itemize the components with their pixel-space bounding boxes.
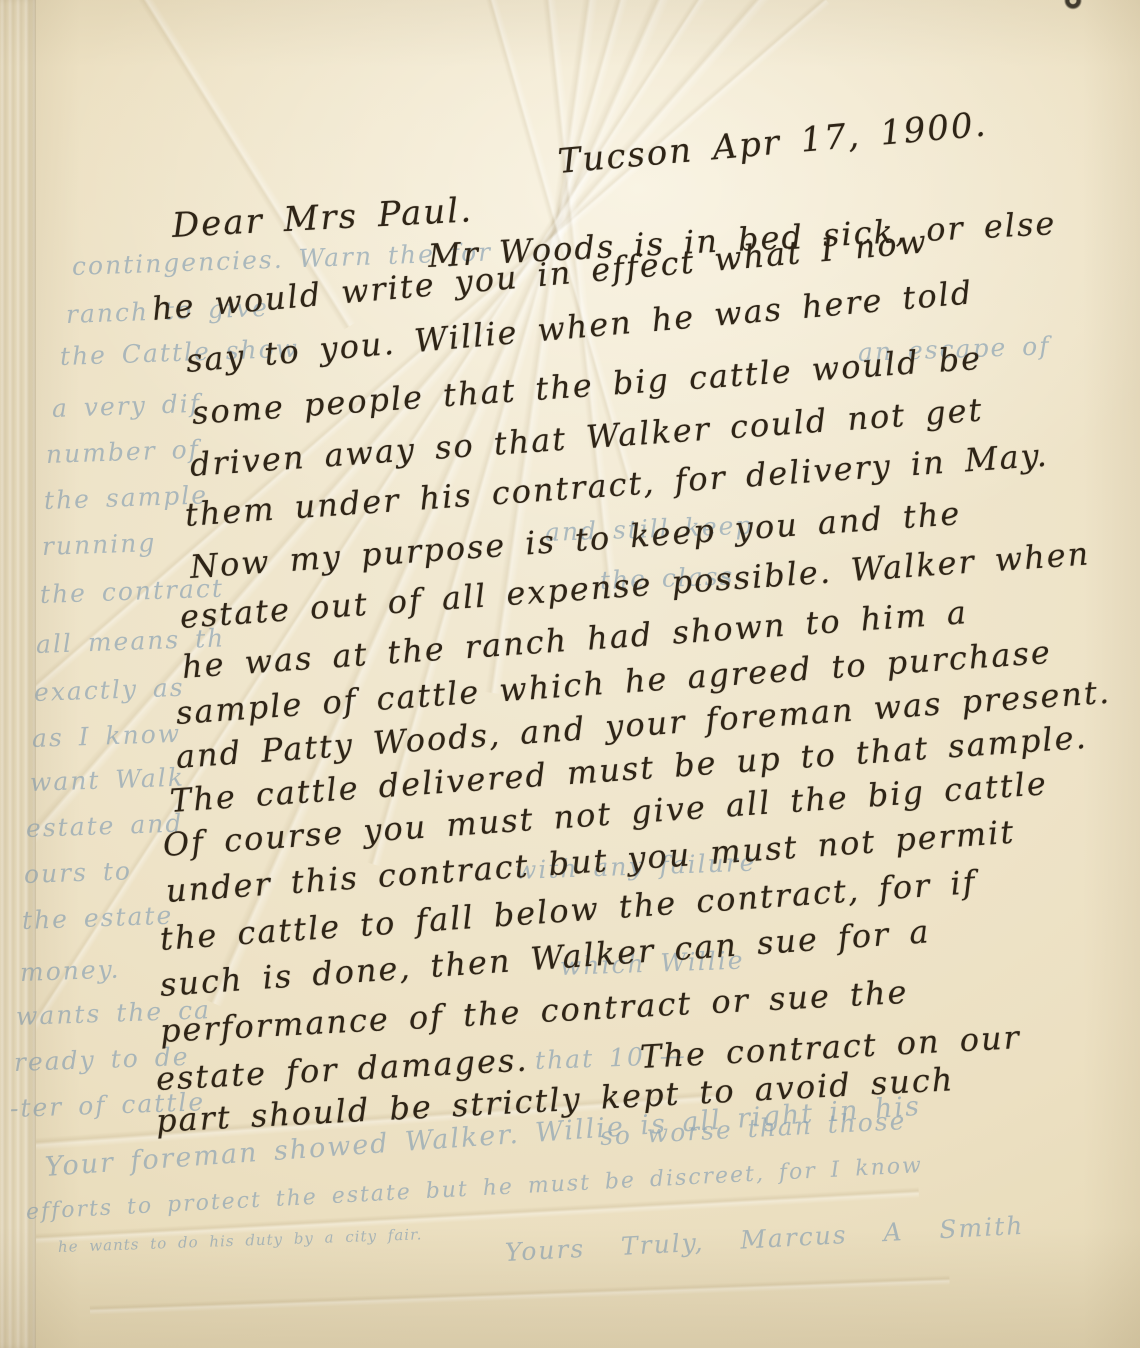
ink-mark xyxy=(1060,0,1086,10)
letter-dateline: Tucson Apr 17, 1900. xyxy=(556,105,989,182)
ghost-signature: Yours Truly, Marcus A Smith xyxy=(504,1211,1025,1267)
ghost-line: ours to xyxy=(23,856,132,889)
ghost-line: the estate xyxy=(21,901,173,935)
ghost-line: money. xyxy=(19,955,120,987)
binding-edge xyxy=(0,0,36,1348)
ghost-line: as I know xyxy=(31,719,181,753)
ghost-line: he wants to do his duty by a city fair. xyxy=(58,1225,423,1256)
ghost-line: a very dif xyxy=(51,389,201,423)
ghost-line: exactly as xyxy=(33,673,185,707)
ghost-line: number of xyxy=(45,435,200,469)
ghost-line: want Walk xyxy=(29,763,185,797)
ghost-line: running xyxy=(41,528,156,561)
ghost-line: estate and xyxy=(25,809,183,843)
paper-crease xyxy=(90,1275,950,1315)
letter-page: contingencies. Warn the for ranch to giv… xyxy=(0,0,1140,1348)
